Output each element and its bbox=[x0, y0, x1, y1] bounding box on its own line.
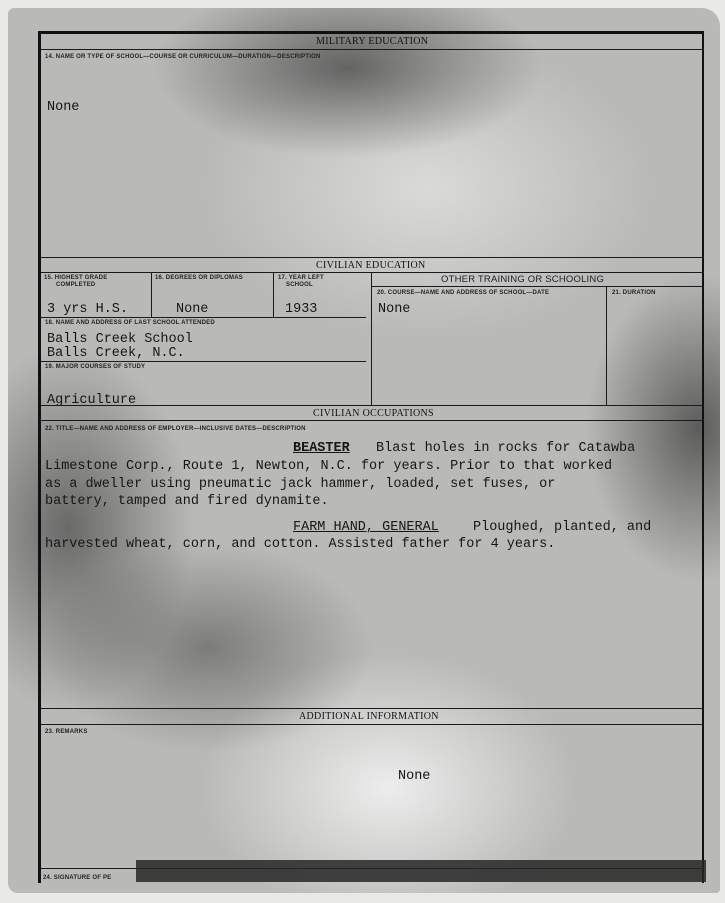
divider bbox=[41, 257, 702, 258]
field-17-label-line2: SCHOOL bbox=[278, 282, 313, 288]
field-20-label: 20. COURSE—NAME AND ADDRESS OF SCHOOL—DA… bbox=[377, 290, 549, 297]
divider bbox=[41, 317, 366, 318]
field-17-label-line1: 17. YEAR LEFT bbox=[278, 275, 324, 281]
field-15-label: 15. HIGHEST GRADE COMPLETED bbox=[44, 275, 107, 289]
divider bbox=[41, 405, 702, 406]
occupation-description-line: Ploughed, planted, and bbox=[473, 520, 651, 535]
field-22-label: 22. TITLE—NAME AND ADDRESS OF EMPLOYER—I… bbox=[45, 426, 306, 433]
field-18-label: 18. NAME AND ADDRESS OF LAST SCHOOL ATTE… bbox=[45, 320, 215, 327]
tape-damage bbox=[136, 860, 706, 882]
occupation-description-line: Blast holes in rocks for Catawba bbox=[376, 441, 635, 456]
field-16-value: None bbox=[176, 302, 208, 317]
civilian-occupations-title: CIVILIAN OCCUPATIONS bbox=[313, 408, 434, 419]
divider bbox=[41, 361, 366, 362]
field-14-label: 14. NAME OR TYPE OF SCHOOL—COURSE OR CUR… bbox=[45, 54, 321, 61]
field-18-value-line1: Balls Creek School bbox=[47, 332, 193, 347]
field-14-value: None bbox=[47, 100, 79, 115]
field-17-label: 17. YEAR LEFT SCHOOL bbox=[278, 275, 324, 289]
form-sheet: MILITARY EDUCATION 14. NAME OR TYPE OF S… bbox=[38, 31, 704, 883]
divider bbox=[41, 708, 702, 709]
occupation-description-line: battery, tamped and fired dynamite. bbox=[45, 494, 329, 509]
field-24-label: 24. SIGNATURE OF PE bbox=[43, 875, 111, 882]
field-17-value: 1933 bbox=[285, 302, 317, 317]
field-16-label: 16. DEGREES OR DIPLOMAS bbox=[155, 275, 243, 282]
divider bbox=[273, 272, 274, 317]
occupation-description-line: Limestone Corp., Route 1, Newton, N.C. f… bbox=[45, 459, 612, 474]
divider bbox=[606, 286, 607, 405]
divider bbox=[151, 272, 152, 317]
military-education-title: MILITARY EDUCATION bbox=[316, 36, 428, 47]
divider bbox=[372, 286, 702, 287]
field-23-label: 23. REMARKS bbox=[45, 729, 88, 736]
divider bbox=[41, 49, 702, 50]
other-training-title: OTHER TRAINING OR SCHOOLING bbox=[441, 274, 604, 285]
additional-information-title: ADDITIONAL INFORMATION bbox=[299, 711, 439, 722]
civilian-education-title: CIVILIAN EDUCATION bbox=[316, 260, 426, 271]
field-15-label-line1: 15. HIGHEST GRADE bbox=[44, 275, 107, 281]
divider bbox=[41, 420, 702, 421]
field-20-value: None bbox=[378, 302, 410, 317]
divider bbox=[41, 724, 702, 725]
occupation-description-line: as a dweller using pneumatic jack hammer… bbox=[45, 477, 555, 492]
divider bbox=[371, 272, 372, 405]
field-23-value: None bbox=[398, 769, 430, 784]
field-18-value-line2: Balls Creek, N.C. bbox=[47, 346, 185, 361]
field-15-label-line2: COMPLETED bbox=[44, 282, 95, 288]
field-19-label: 19. MAJOR COURSES OF STUDY bbox=[45, 364, 145, 371]
occupation-title: BEASTER bbox=[293, 441, 350, 456]
field-21-label: 21. DURATION bbox=[612, 290, 656, 297]
occupation-description-line: harvested wheat, corn, and cotton. Assis… bbox=[45, 537, 555, 552]
occupation-title: FARM HAND, GENERAL bbox=[293, 520, 439, 535]
field-15-value: 3 yrs H.S. bbox=[47, 302, 128, 317]
